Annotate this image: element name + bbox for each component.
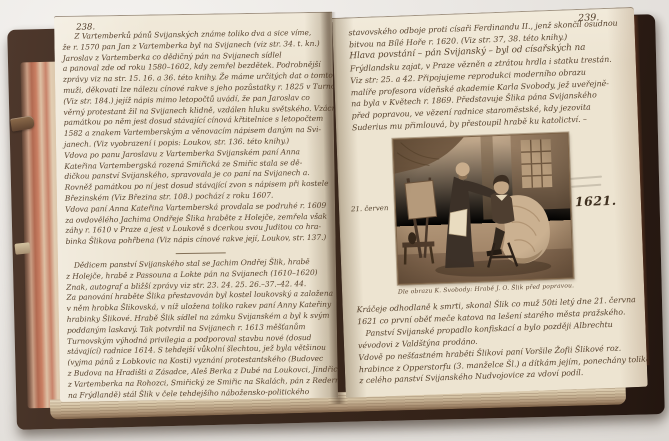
photograph-slik-before-execution [392,132,573,284]
right-page: 239. stavovského odboje proti císaři Fer… [332,7,648,398]
right-page-paragraph-2: Kráčeje odhodlaně k smrti, skonal Šlik c… [357,294,636,387]
left-page: 238. Z Vartemberků pánů Svijanských znám… [54,12,338,402]
right-page-paragraph-1: stavovského odboje proti císaři Ferdinan… [348,17,628,134]
paragraph-divider-rule [176,252,226,254]
margin-note-year: 1621. [575,193,617,210]
faint-pencil-marks [571,184,601,188]
page-marker-tab [14,242,30,255]
left-page-paragraph-1: Z Vartemberků pánů Svijanských známe tol… [62,28,333,248]
left-page-paragraph-2: Dědicem panství Svijanského stal se Jach… [66,257,336,402]
photo-caption: Dle obrazu K. Svobody: Hrabě J. O. Šlik … [388,282,584,296]
open-book-photograph: 238. Z Vartemberků pánů Svijanských znám… [0,0,669,441]
faint-pencil-marks [566,176,602,181]
photo-vignette [392,132,573,284]
margin-note-date: 21. červen [351,204,389,213]
